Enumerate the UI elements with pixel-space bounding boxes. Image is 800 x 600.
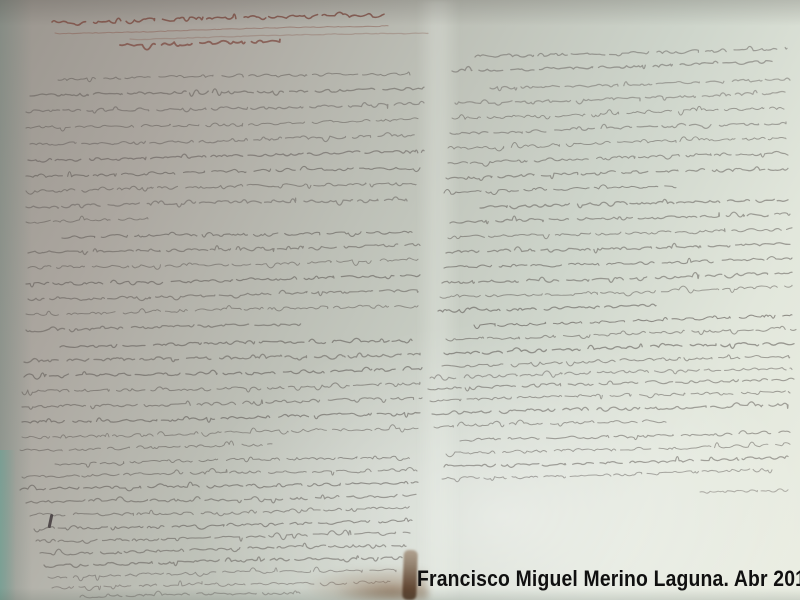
- photo-credit-caption: Francisco Miguel Merino Laguna. Abr 2015: [417, 566, 800, 592]
- handwriting-layer: [0, 0, 800, 600]
- manuscript-photo: Francisco Miguel Merino Laguna. Abr 2015: [0, 0, 800, 600]
